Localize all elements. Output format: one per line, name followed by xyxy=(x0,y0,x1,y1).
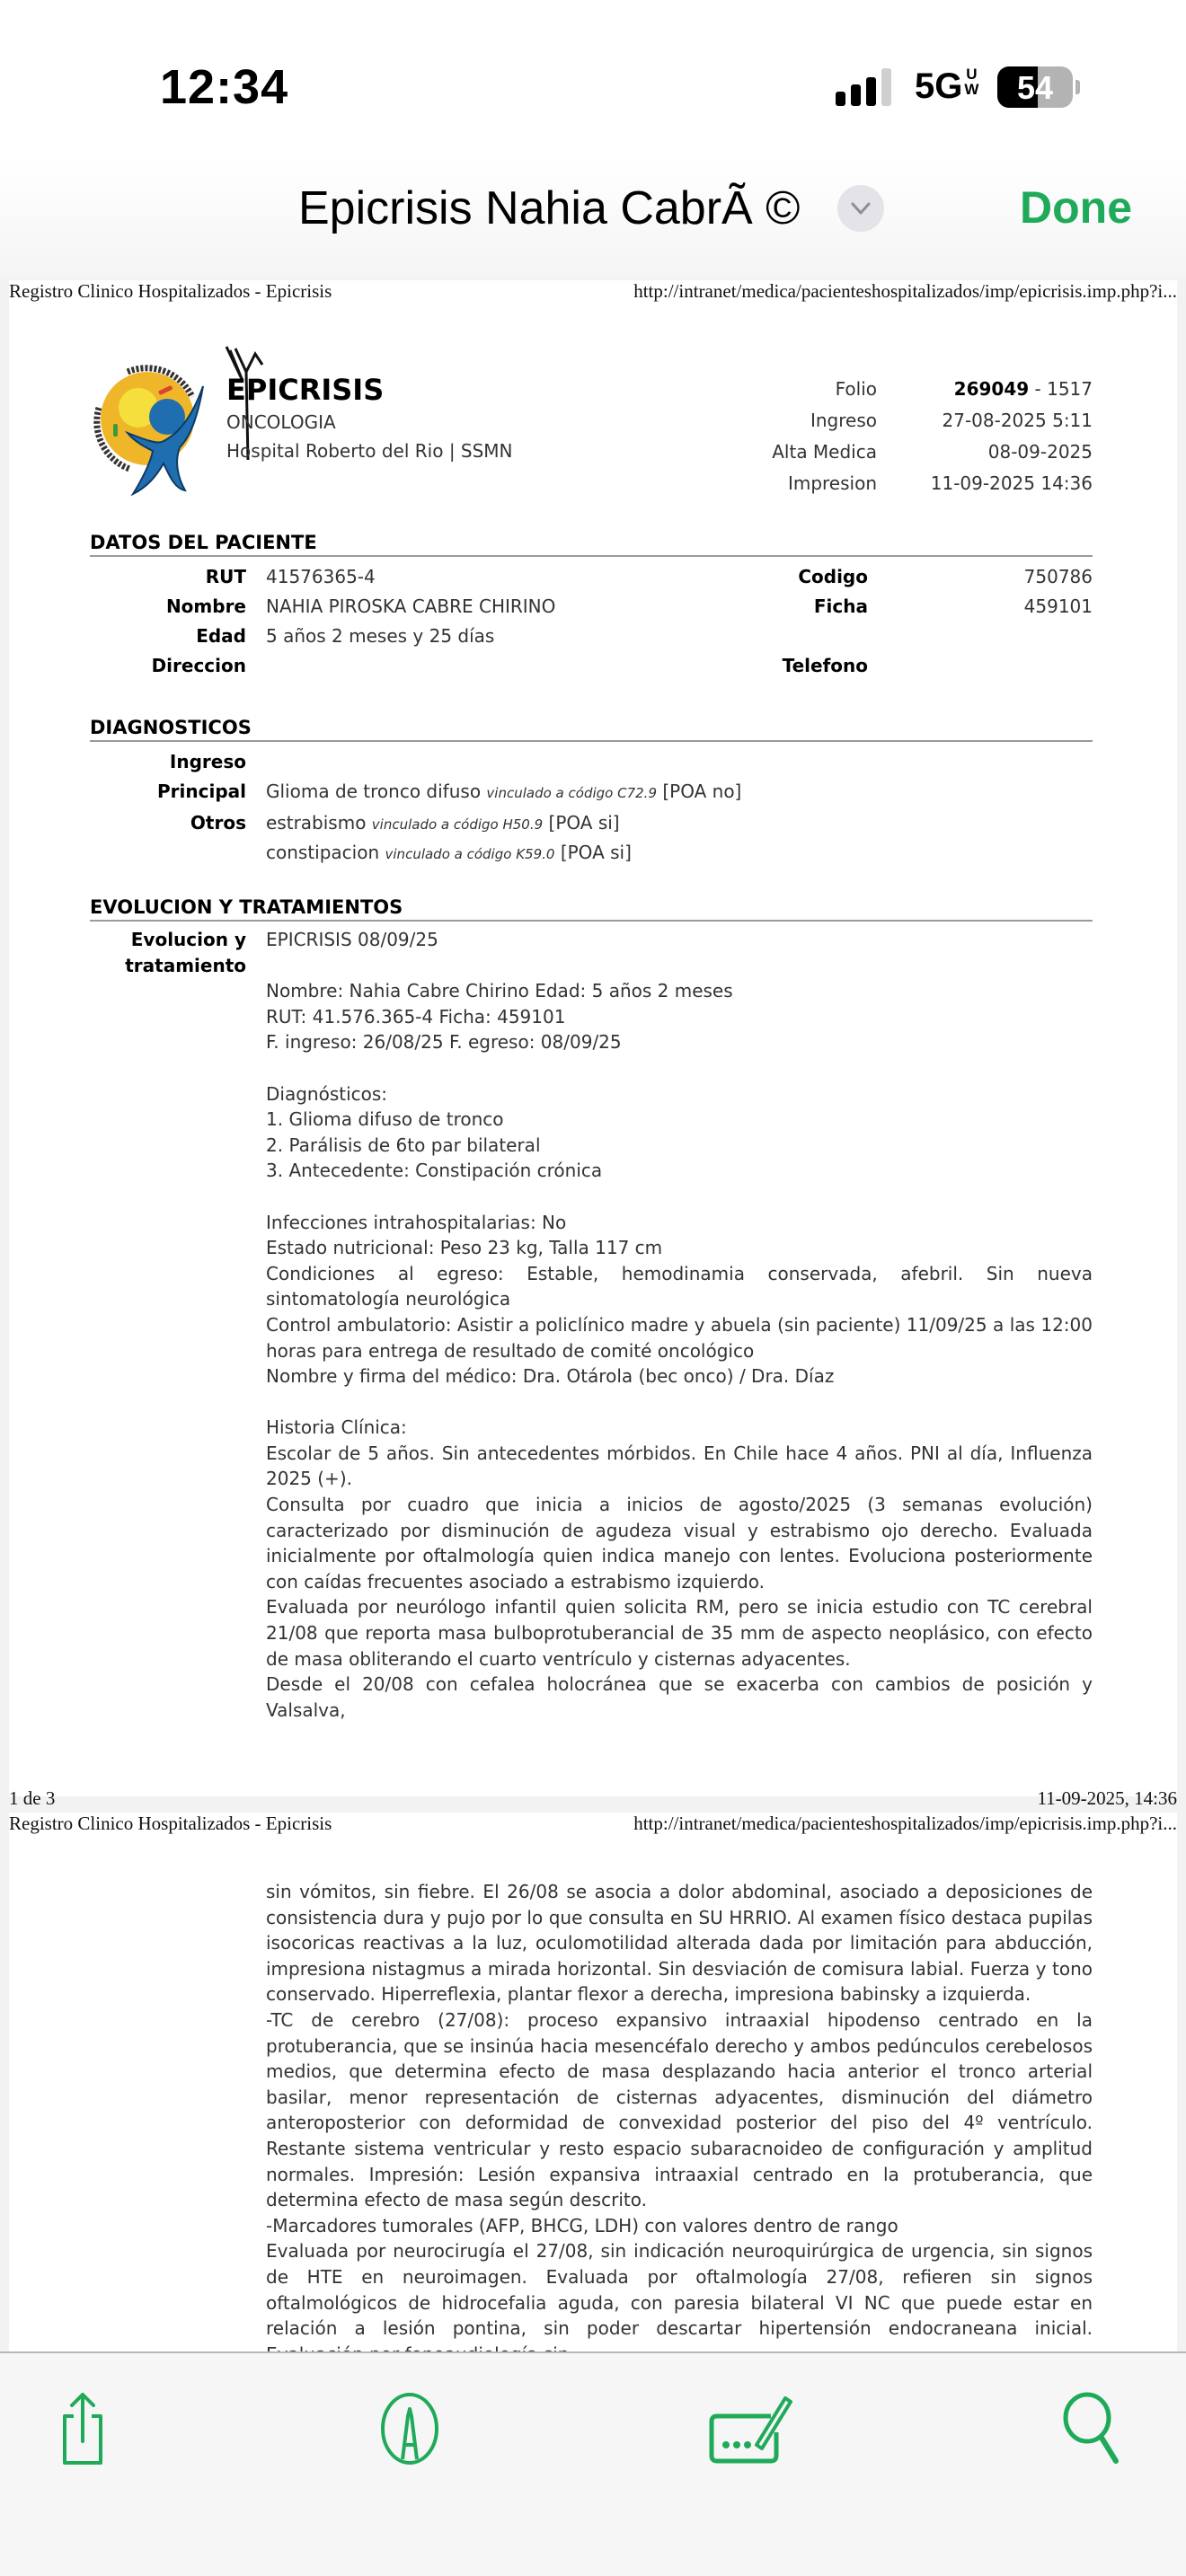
link-text: vinculado a código xyxy=(486,785,613,801)
row-nombre-ficha: Nombre NAHIA PIROSKA CABRE CHIRINO Ficha… xyxy=(90,592,1093,622)
navigation-bar: Epicrisis Nahia CabrÃ © Done xyxy=(0,162,1186,278)
evolucion-line: Nombre: Nahia Cabre Chirino Edad: 5 años… xyxy=(266,978,1093,1004)
battery-icon: 54 xyxy=(997,66,1073,108)
link-text: vinculado a código xyxy=(372,816,499,833)
evolucion-line: Consulta por cuadro que inicia a inicios… xyxy=(266,1492,1093,1594)
markup-pen-icon xyxy=(374,2389,446,2470)
evolucion-line xyxy=(266,953,1093,979)
edad-label: Edad xyxy=(90,622,266,651)
poa-flag: [POA no] xyxy=(662,781,741,802)
diag-principal-value: Glioma de tronco difuso vinculado a códi… xyxy=(266,777,1093,808)
evolucion-text: EPICRISIS 08/09/25Nombre: Nahia Cabre Ch… xyxy=(266,927,1093,1723)
markup-button[interactable] xyxy=(374,2389,446,2470)
diagnosis-name: estrabismo xyxy=(266,812,366,834)
nombre-value: NAHIA PIROSKA CABRE CHIRINO xyxy=(266,592,688,622)
diagnosis-link: vinculado a código H50.9 xyxy=(372,816,543,833)
diagnosis-name: constipacion xyxy=(266,842,379,863)
edad-value: 5 años 2 meses y 25 días xyxy=(266,622,1093,651)
alta-value: 08-09-2025 xyxy=(877,437,1093,468)
empty-label xyxy=(90,1879,266,2367)
bottom-toolbar xyxy=(0,2351,1186,2576)
evolucion-line: Evaluada por neurólogo infantil quien so… xyxy=(266,1594,1093,1672)
print-header: Registro Clinico Hospitalizados - Epicri… xyxy=(9,1813,1177,1839)
codigo-value: 750786 xyxy=(868,562,1093,592)
diagnosis-link: vinculado a código C72.9 xyxy=(486,785,657,801)
evolucion-line: Condiciones al egreso: Estable, hemodina… xyxy=(266,1261,1093,1312)
print-header: Registro Clinico Hospitalizados - Epicri… xyxy=(9,280,1177,307)
evolucion-text-continued: sin vómitos, sin fiebre. El 26/08 se aso… xyxy=(266,1879,1093,2367)
section-diagnosticos: DIAGNOSTICOS Ingreso Principal Glioma de… xyxy=(90,717,1093,867)
pdf-page-2: Registro Clinico Hospitalizados - Epicri… xyxy=(9,1813,1177,2351)
document-title[interactable]: Epicrisis Nahia CabrÃ © xyxy=(298,181,801,235)
row-edad: Edad 5 años 2 meses y 25 días xyxy=(90,622,1093,651)
evolucion-line: -Marcadores tumorales (AFP, BHCG, LDH) c… xyxy=(266,2213,1093,2239)
section-patient: DATOS DEL PACIENTE RUT 41576365-4 Codigo… xyxy=(90,532,1093,681)
evolucion-line: Control ambulatorio: Asistir a policlíni… xyxy=(266,1312,1093,1363)
signature-icon xyxy=(708,2389,807,2470)
folio-label: Folio xyxy=(697,374,877,405)
evolucion-line: Infecciones intrahospitalarias: No xyxy=(266,1210,1093,1236)
section-evolucion: EVOLUCION Y TRATAMIENTOS Evolucion y tra… xyxy=(90,896,1093,1723)
battery-cap xyxy=(1075,80,1080,94)
evolucion-line: F. ingreso: 26/08/25 F. egreso: 08/09/25 xyxy=(266,1029,1093,1055)
page-number: 1 de 3 xyxy=(9,1787,55,1810)
print-header-url: http://intranet/medica/pacienteshospital… xyxy=(633,1813,1177,1835)
telefono-label: Telefono xyxy=(688,651,868,681)
alta-label: Alta Medica xyxy=(697,437,877,468)
evolucion-line xyxy=(266,1389,1093,1416)
link-text: vinculado a código xyxy=(385,846,512,862)
cellular-signal-icon xyxy=(836,68,898,106)
evolucion-line: -TC de cerebro (27/08): proceso expansiv… xyxy=(266,2007,1093,2213)
network-label: 5G xyxy=(915,66,962,106)
diagnosis-code: H50.9 xyxy=(502,816,543,833)
print-header-url: http://intranet/medica/pacienteshospital… xyxy=(633,280,1177,303)
evolucion-line xyxy=(266,1184,1093,1210)
poa-flag: [POA si] xyxy=(549,812,620,834)
row-diag-ingreso: Ingreso xyxy=(90,747,1093,777)
folio-value: 269049 - 1517 xyxy=(877,374,1093,405)
diagnosis-code: C72.9 xyxy=(617,785,657,801)
document-header: EPICRISIS ONCOLOGIA Hospital Roberto del… xyxy=(90,354,1093,507)
title-menu-button[interactable] xyxy=(837,185,884,232)
ingreso-value: 27-08-2025 5:11 xyxy=(877,405,1093,437)
print-date: 11-09-2025, 14:36 xyxy=(1037,1787,1177,1810)
meta-row-ingreso: Ingreso 27-08-2025 5:11 xyxy=(697,405,1093,437)
rut-value: 41576365-4 xyxy=(266,562,688,592)
evolucion-line: Historia Clínica: xyxy=(266,1415,1093,1441)
ficha-value: 459101 xyxy=(868,592,1093,622)
diagnosis-name: Glioma de tronco difuso xyxy=(266,781,481,802)
impresion-label: Impresion xyxy=(697,468,877,499)
evolucion-line: EPICRISIS 08/09/25 xyxy=(266,927,1093,953)
evolucion-line: RUT: 41.576.365-4 Ficha: 459101 xyxy=(266,1004,1093,1030)
diagnosis-code: K59.0 xyxy=(516,846,554,862)
meta-row-impresion: Impresion 11-09-2025 14:36 xyxy=(697,468,1093,499)
evolucion-line: Estado nutricional: Peso 23 kg, Talla 11… xyxy=(266,1235,1093,1261)
nombre-label: Nombre xyxy=(90,592,266,622)
diagnosis-item: estrabismo vinculado a código H50.9 [POA… xyxy=(266,808,1093,840)
network-sub-label: UW xyxy=(964,66,978,97)
ficha-label: Ficha xyxy=(688,592,868,622)
rut-label: RUT xyxy=(90,562,266,592)
row-diag-principal: Principal Glioma de tronco difuso vincul… xyxy=(90,777,1093,808)
evolucion-line: 2. Parálisis de 6to par bilateral xyxy=(266,1133,1093,1159)
meta-row-folio: Folio 269049 - 1517 xyxy=(697,374,1093,405)
share-button[interactable] xyxy=(50,2389,122,2470)
meta-row-alta: Alta Medica 08-09-2025 xyxy=(697,437,1093,468)
print-header-title: Registro Clinico Hospitalizados - Epicri… xyxy=(9,280,332,303)
document-heading: EPICRISIS xyxy=(226,372,513,408)
row-rut-codigo: RUT 41576365-4 Codigo 750786 xyxy=(90,562,1093,592)
evolucion-line: Escolar de 5 años. Sin antecedentes mórb… xyxy=(266,1441,1093,1492)
print-header-title: Registro Clinico Hospitalizados - Epicri… xyxy=(9,1813,332,1835)
evolucion-line: Diagnósticos: xyxy=(266,1081,1093,1107)
evolucion-label: Evolucion y tratamiento xyxy=(90,927,266,1723)
status-bar: 12:34 5GUW 54 xyxy=(0,0,1186,162)
diag-otros-label: Otros xyxy=(90,808,266,867)
ingreso-label: Ingreso xyxy=(697,405,877,437)
evolucion-line: Desde el 20/08 con cefalea holocránea qu… xyxy=(266,1672,1093,1723)
evolucion-line: sin vómitos, sin fiebre. El 26/08 se aso… xyxy=(266,1879,1093,2007)
diagnosis-item: constipacion vinculado a código K59.0 [P… xyxy=(266,840,1093,867)
row-diag-otros: Otros estrabismo vinculado a código H50.… xyxy=(90,808,1093,867)
diag-otros-list: estrabismo vinculado a código H50.9 [POA… xyxy=(266,808,1093,867)
diag-ingreso-label: Ingreso xyxy=(90,747,266,777)
document-brand: EPICRISIS ONCOLOGIA Hospital Roberto del… xyxy=(226,372,513,465)
row-direccion-telefono: Direccion Telefono xyxy=(90,651,1093,681)
share-icon xyxy=(50,2389,122,2470)
network-type: 5GUW xyxy=(915,66,978,107)
evolucion-line: Nombre y firma del médico: Dra. Otárola … xyxy=(266,1363,1093,1389)
pdf-page-1: Registro Clinico Hospitalizados - Epicri… xyxy=(9,280,1177,1796)
search-icon xyxy=(1060,2389,1132,2470)
folio-number: 269049 xyxy=(954,378,1030,400)
service-name: ONCOLOGIA xyxy=(226,408,513,437)
section-title: DIAGNOSTICOS xyxy=(90,717,1093,742)
row-evolucion-continued: sin vómitos, sin fiebre. El 26/08 se aso… xyxy=(90,1879,1093,2367)
section-evolucion-continued: sin vómitos, sin fiebre. El 26/08 se aso… xyxy=(90,1879,1093,2367)
evolucion-line: 1. Glioma difuso de tronco xyxy=(266,1107,1093,1133)
direccion-label: Direccion xyxy=(90,651,266,681)
evolucion-line xyxy=(266,1055,1093,1081)
evolucion-line: Evaluada por neurocirugía el 27/08, sin … xyxy=(266,2238,1093,2367)
done-button[interactable]: Done xyxy=(1020,181,1132,234)
battery-level: 54 xyxy=(997,69,1073,107)
poa-flag: [POA si] xyxy=(561,842,632,863)
fill-and-sign-button[interactable] xyxy=(708,2389,807,2470)
hospital-logo xyxy=(92,354,208,498)
search-button[interactable] xyxy=(1060,2389,1132,2470)
hospital-name: Hospital Roberto del Rio | SSMN xyxy=(226,437,513,465)
section-title: EVOLUCION Y TRATAMIENTOS xyxy=(90,896,1093,922)
section-title: DATOS DEL PACIENTE xyxy=(90,532,1093,557)
codigo-label: Codigo xyxy=(688,562,868,592)
impresion-value: 11-09-2025 14:36 xyxy=(877,468,1093,499)
chevron-down-icon xyxy=(850,199,872,217)
folio-suffix: - 1517 xyxy=(1029,378,1093,400)
evolucion-line: 3. Antecedente: Constipación crónica xyxy=(266,1158,1093,1184)
row-evolucion: Evolucion y tratamiento EPICRISIS 08/09/… xyxy=(90,927,1093,1723)
status-time: 12:34 xyxy=(160,59,288,115)
direccion-value xyxy=(266,651,688,681)
diag-principal-label: Principal xyxy=(90,777,266,808)
document-meta: Folio 269049 - 1517 Ingreso 27-08-2025 5… xyxy=(697,374,1093,499)
diagnosis-link: vinculado a código K59.0 xyxy=(385,846,555,862)
telefono-value xyxy=(868,651,1093,681)
